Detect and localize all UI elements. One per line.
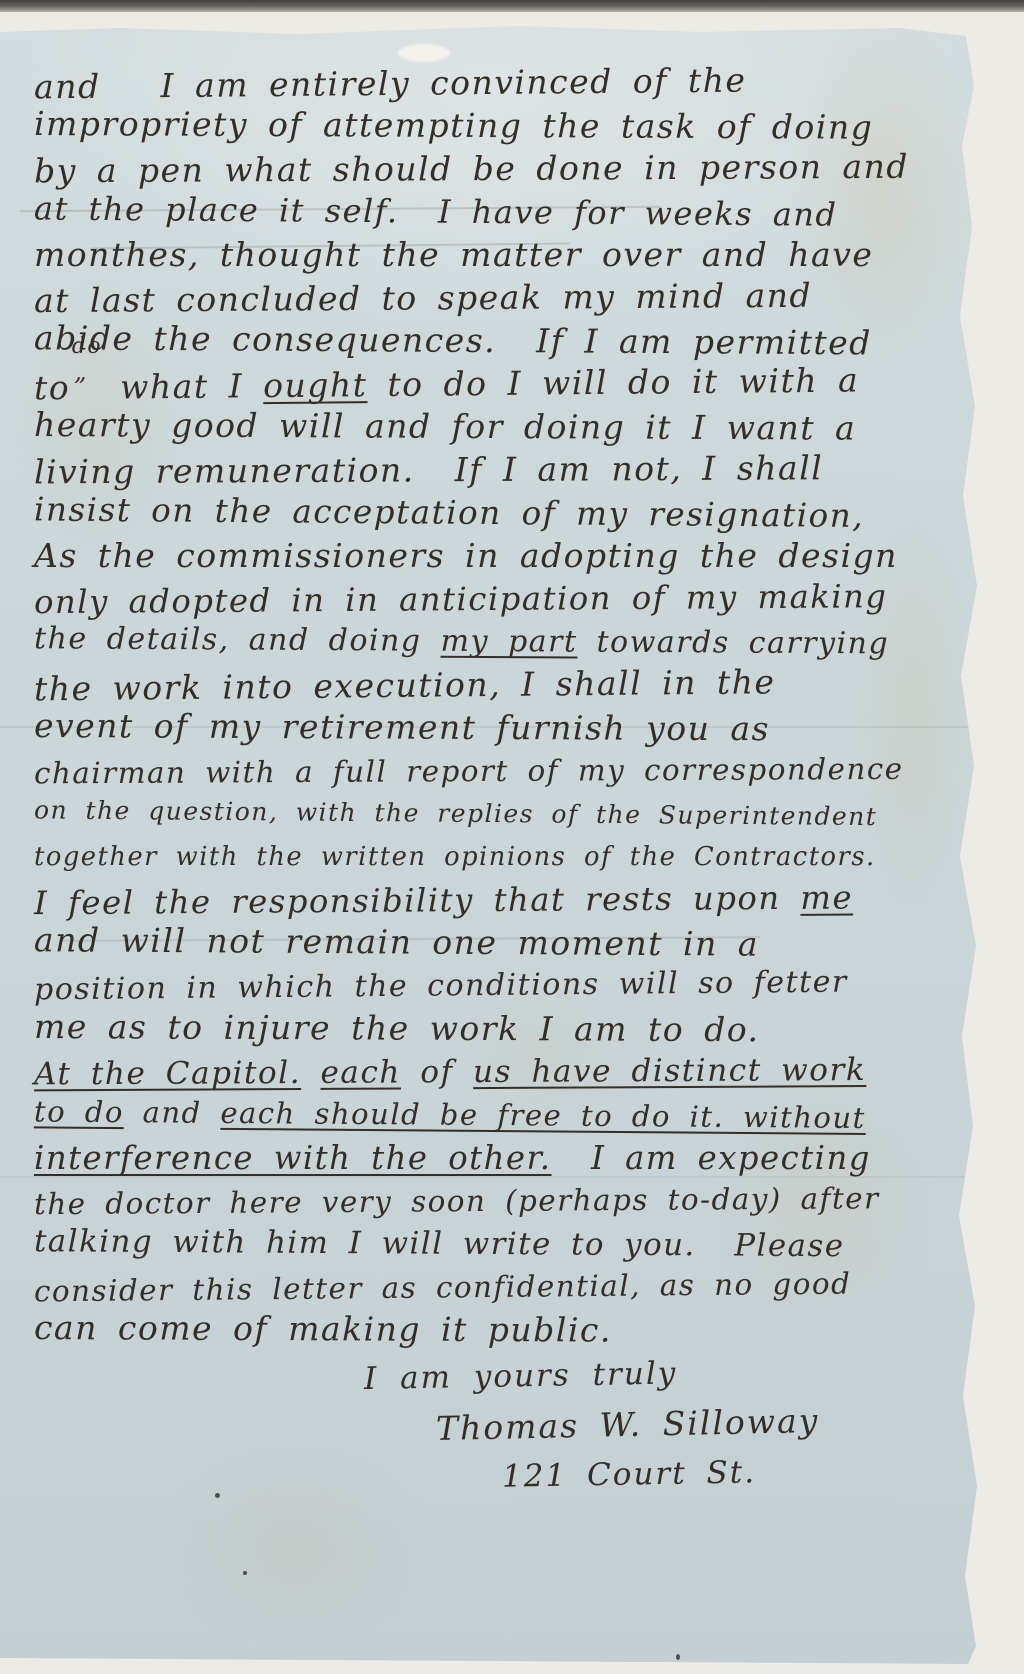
letter-line: living remuneration. If I am not, I shal… — [34, 445, 946, 493]
letter-line: by a pen what should be done in person a… — [34, 144, 946, 192]
letter-text-segment: each should be free to do it. without — [220, 1096, 866, 1135]
letter-text-segment: and — [124, 1095, 221, 1130]
letter-text-segment: each — [320, 1054, 401, 1090]
letter-line: me as to injure the work I am to do. — [34, 1004, 946, 1051]
letter-text-segment: position in which the conditions will so… — [34, 965, 848, 1008]
letter-line: event of my retirement furnish you as — [34, 703, 946, 750]
closing-salutation: I am yours truly — [364, 1346, 820, 1404]
letter-text-segment: ought — [263, 365, 368, 405]
letter-line: impropriety of attempting the task of do… — [34, 101, 946, 148]
letter-text-segment: towards carrying — [577, 625, 889, 662]
letter-line: As the commissioners in adopting the des… — [34, 533, 946, 576]
letter-text-segment: As the commissioners in adopting the des… — [34, 536, 898, 575]
letter-paper: and I am entirely convinced of theimprop… — [0, 26, 982, 1664]
letter-text-segment: at last concluded to speak my mind and — [34, 276, 812, 320]
letter-text-segment: hearty good will and for doing it I want… — [34, 405, 856, 448]
letter-text-segment: of — [401, 1054, 473, 1090]
letter-text-segment: at the place it self. I have for weeks a… — [34, 189, 838, 233]
letter-line: consider this letter as confidential, as… — [34, 1260, 946, 1312]
signature: Thomas W. Silloway — [436, 1396, 820, 1454]
letter-text-segment: the doctor here very soon (perhaps to-da… — [34, 1181, 880, 1221]
letter-text-segment: abide the consequences. If I am permitte… — [34, 318, 872, 362]
letter-text-segment: interference with the other. — [34, 1139, 552, 1177]
letter-line: on the question, with the replies of the… — [34, 787, 946, 837]
letter-line: to do and each should be free to do it. … — [34, 1088, 946, 1138]
letter-text-segment: to do — [34, 1094, 124, 1129]
letter-line: abide the consequences. If I am permitte… — [34, 315, 946, 364]
letter-text-segment: I am expecting — [552, 1139, 871, 1177]
letter-line: the doctor here very soon (perhaps to-da… — [34, 1175, 946, 1224]
letter-text-segment: us have distinct work — [473, 1052, 866, 1090]
letter-line: monthes, thought the matter over and hav… — [34, 232, 946, 275]
letter-line: and will not remain one moment in a — [34, 917, 946, 966]
letter-text-segment: me as to injure the work I am to do. — [34, 1007, 760, 1049]
letter-text-segment: to do I will do it with a — [367, 360, 859, 404]
letter-line: only adopted in in anticipation of my ma… — [34, 573, 946, 622]
letter-text-segment: living remuneration. If I am not, I shal… — [34, 448, 823, 491]
letter-line: and I am entirely convinced of the — [34, 56, 946, 108]
ink-speck — [676, 1654, 680, 1660]
letter-text-segment — [301, 1055, 321, 1091]
letter-text-segment: insist on the acceptation of my resignat… — [34, 490, 864, 535]
letter-text-segment: only adopted in in anticipation of my ma… — [34, 577, 888, 621]
letter-text-segment: and will not remain one moment in a — [34, 920, 759, 963]
letter-line: together with the written opinions of th… — [34, 834, 946, 877]
letter-line: the work into execution, I shall in the — [34, 658, 946, 710]
letter-text-segment: the work into execution, I shall in the — [34, 662, 776, 708]
letter-text-segment: event of my retirement furnish you as — [34, 706, 770, 748]
letter-text-segment: consider this letter as confidential, as… — [34, 1267, 852, 1309]
signature-address: 121 Court St. — [502, 1447, 820, 1501]
letter-text-segment: can come of making it public. — [34, 1308, 612, 1350]
letter-text-segment: I feel the responsibility that rests upo… — [34, 879, 801, 922]
letter-line: I feel the responsibility that rests upo… — [34, 874, 946, 923]
inserted-word-above-line: „do — [70, 366, 100, 399]
letter-line: insist on the acceptation of my resignat… — [34, 486, 946, 536]
letter-body: and I am entirely convinced of theimprop… — [34, 60, 946, 1350]
letter-closing: I am yours truly Thomas W. Silloway 121 … — [34, 1350, 819, 1498]
letter-line: chairman with a full report of my corres… — [34, 746, 946, 794]
letter-line: at last concluded to speak my mind and — [34, 272, 946, 321]
scanner-edge-band — [0, 0, 1024, 12]
ink-speck — [243, 1571, 247, 1575]
letter-line: can come of making it public. — [34, 1305, 946, 1352]
letter-text-segment: talking with him I will write to you. Pl… — [34, 1223, 845, 1264]
letter-text-segment: what I — [100, 366, 263, 407]
letter-text-segment: monthes, thought the matter over and hav… — [34, 235, 873, 274]
letter-text-segment: and I am entirely convinced of the — [34, 61, 747, 107]
letter-line: talking with him I will write to you. Pl… — [34, 1218, 946, 1267]
letter-text-segment: by a pen what should be done in person a… — [34, 147, 909, 191]
scanned-letter-page: { "colors":{ "paper":"#ccd7da", "ink":"#… — [0, 0, 1024, 1674]
letter-line: the details, and doing my part towards c… — [34, 616, 946, 665]
letter-text-segment: on the question, with the replies of the… — [34, 795, 878, 831]
letter-text-segment: the details, and doing — [34, 621, 441, 658]
letter-line: at the place it self. I have for weeks a… — [34, 185, 946, 235]
letter-text-segment: me — [800, 878, 853, 916]
letter-line: At the Capitol. each of us have distinct… — [34, 1047, 946, 1095]
letter-text-segment: impropriety of attempting the task of do… — [34, 104, 873, 147]
inserted-word: do — [72, 336, 103, 358]
letter-text-segment: At the Capitol. — [34, 1055, 301, 1092]
letter-line: position in which the conditions will so… — [34, 959, 946, 1011]
letter-line: interference with the other. I am expect… — [34, 1135, 946, 1178]
letter-text-segment: together with the written opinions of th… — [34, 842, 876, 872]
letter-text-segment: chairman with a full report of my corres… — [34, 752, 904, 791]
letter-text-segment: my part — [440, 624, 577, 660]
letter-line: to„do what I ought to do I will do it wi… — [34, 357, 946, 409]
letter-line: hearty good will and for doing it I want… — [34, 402, 946, 449]
caret-mark: „ — [74, 362, 88, 382]
